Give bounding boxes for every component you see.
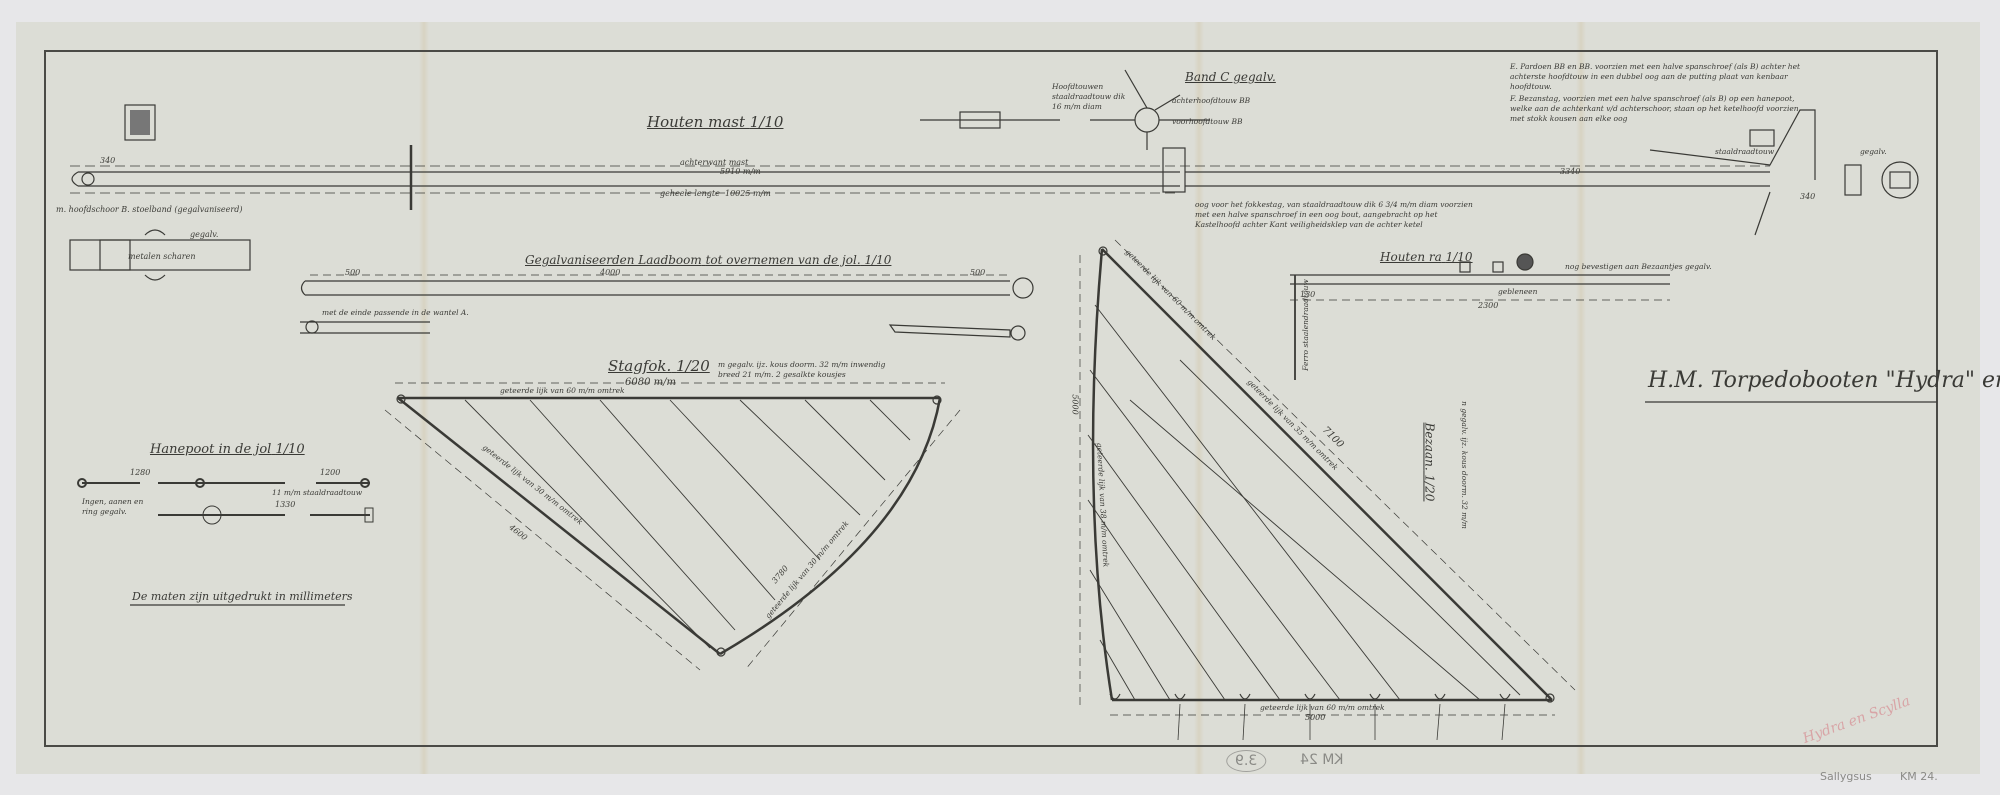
mast-left-slot-label: metalen scharen [128,252,196,261]
hanepoot-note: Ingen, aanen en ring gegalv. [82,497,152,517]
note-f: F. Bezanstag, voorzien met een halve spa… [1510,94,1810,124]
right-dim-340: 340 [1800,192,1815,201]
laadboom-dim-500: 500 [345,268,360,277]
document-title: H.M. Torpedobooten "Hydra" en "Scylla" [1648,368,2000,393]
stagfok-label-top: geteerde lijk van 60 m/m omtrek [500,386,625,396]
ra-heading: Houten ra 1/10 [1380,250,1473,264]
laadboom-note: met de einde passende in de wantel A. [322,308,469,318]
hanepoot-dim-c: 1330 [275,500,295,509]
archive-stamp-circle: 3.9 [1226,750,1266,772]
band-hoofd-label: Hoofdtouwen staaldraadtouw dik 16 m/m di… [1052,82,1132,112]
stagfok-dim-top: 6080 m/m [625,377,676,388]
right-staal-label: staaldraadtouw [1715,147,1774,157]
mast-dim-340: 340 [100,156,115,165]
band-c-heading: Band C gegalv. [1185,70,1276,84]
units-note: De maten zijn uitgedrukt in millimeters [132,590,353,603]
ra-dim-2300: 2300 [1478,301,1498,310]
note-e: E. Pardoen BB en BB. voorzien met een ha… [1510,62,1810,92]
ra-right-label: nog bevestigen aan Bezaantjes gegalv. [1565,262,1712,272]
bezaan-label-foot: geteerde lijk van 60 m/m omtrek [1260,703,1385,713]
stagfok-heading: Stagfok. 1/20 [608,357,710,375]
mast-heading: Houten mast 1/10 [647,113,783,131]
laadboom-heading: Gegalvaniseerden Laadboom tot overnemen … [525,253,891,267]
mast-left-gegalv: gegalv. [190,230,218,239]
bezaan-drawing [1080,240,1575,740]
band-achter-label: achterhoofdtouw BB [1172,96,1250,106]
ra-galvan-label: gebleneen [1498,287,1537,297]
archive-ref-1: Sallygsus [1820,770,1872,783]
mast-total-length: 10025 m/m [725,189,771,198]
hanepoot-dim-a: 1280 [130,468,150,477]
bezaan-note: n gegalv. ijz. kous doorm. 32 m/m [1459,401,1469,529]
hanepoot-dim-b: 1200 [320,468,340,477]
stagfok-drawing [385,383,960,670]
fokkestag-note: oog voor het fokkestag, van staaldraadto… [1195,200,1475,230]
mast-achterwant-label: achterwant mast [680,158,748,167]
mast-achterwant-length: 5910 m/m [720,167,761,176]
archive-code-km: KM 24 [1300,752,1344,768]
bezaan-dim-foot: 5000 [1305,713,1325,722]
ra-stalen-label: Ferro staalendraadtouw [1301,279,1311,371]
hanepoot-heading: Hanepoot in de jol 1/10 [150,442,305,457]
bezaan-heading: Bezaan. 1/20 [1422,423,1436,502]
mast-left-hoofdschoor: m. hoofdschoor B. stoelband (gegalvanise… [56,205,242,214]
mast-dim-3340: 3340 [1560,167,1580,176]
bezaan-dim-vertical: 5000 [1071,394,1080,414]
hanepoot-cable-label: 11 m/m staaldraadtouw [272,488,362,498]
archive-ref-2: KM 24. [1900,770,1938,783]
right-gegalv-label: gegalv. [1860,147,1887,157]
ra-drawing [1290,254,1670,380]
mast-total-label: geheele lengte [660,189,720,198]
mast-drawing [70,105,1918,280]
stagfok-note: m gegalv. ijz. kous doorm. 32 m/m inwend… [718,360,908,380]
laadboom-dim-4000: 4000 [600,268,620,277]
band-voor-label: voorhoofdtouw BB [1172,117,1242,127]
laadboom-dim-500b: 500 [970,268,985,277]
